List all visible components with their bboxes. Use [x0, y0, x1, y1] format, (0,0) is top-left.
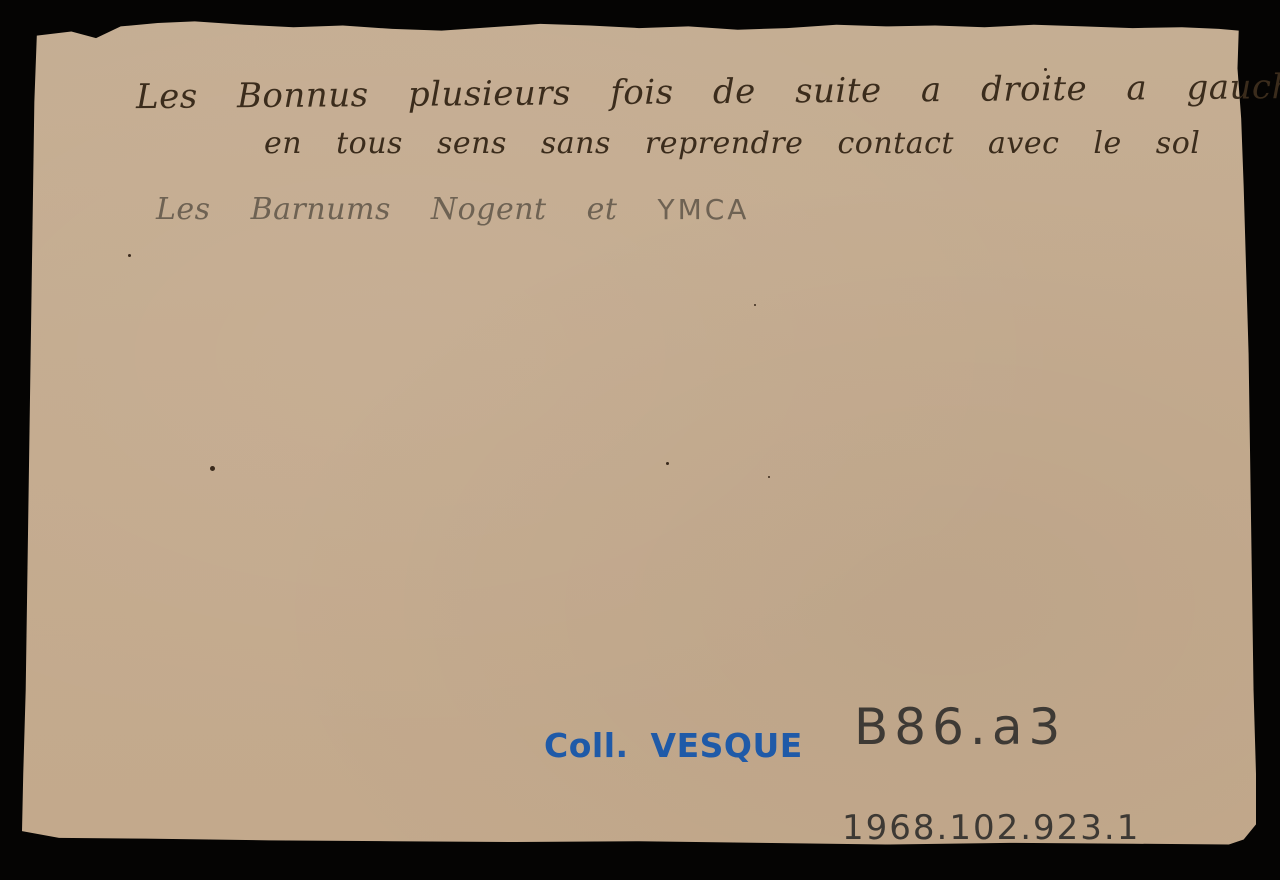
pencil-annotation-org: YMCA — [657, 193, 749, 226]
pencil-annotation-place: Nogent et — [431, 192, 618, 227]
paper-speck — [768, 476, 770, 478]
paper-speck — [666, 462, 669, 465]
paper-speck — [128, 254, 131, 257]
paper-speck — [210, 466, 215, 471]
collection-stamp: Coll. VESQUE — [544, 726, 803, 765]
scan-background: Les Bonnus plusieurs fois de suite a dro… — [0, 0, 1280, 880]
catalog-code: B86.a3 — [854, 698, 1066, 756]
ink-annotation-line-2: en tous sens sans reprendre contact avec… — [264, 126, 1200, 161]
pencil-annotation-name: Les Barnums — [156, 192, 391, 227]
pencil-annotation: Les Barnums Nogent et YMCA — [156, 192, 749, 227]
accession-number: 1968.102.923.1 — [842, 808, 1140, 848]
paper-speck — [754, 304, 756, 306]
